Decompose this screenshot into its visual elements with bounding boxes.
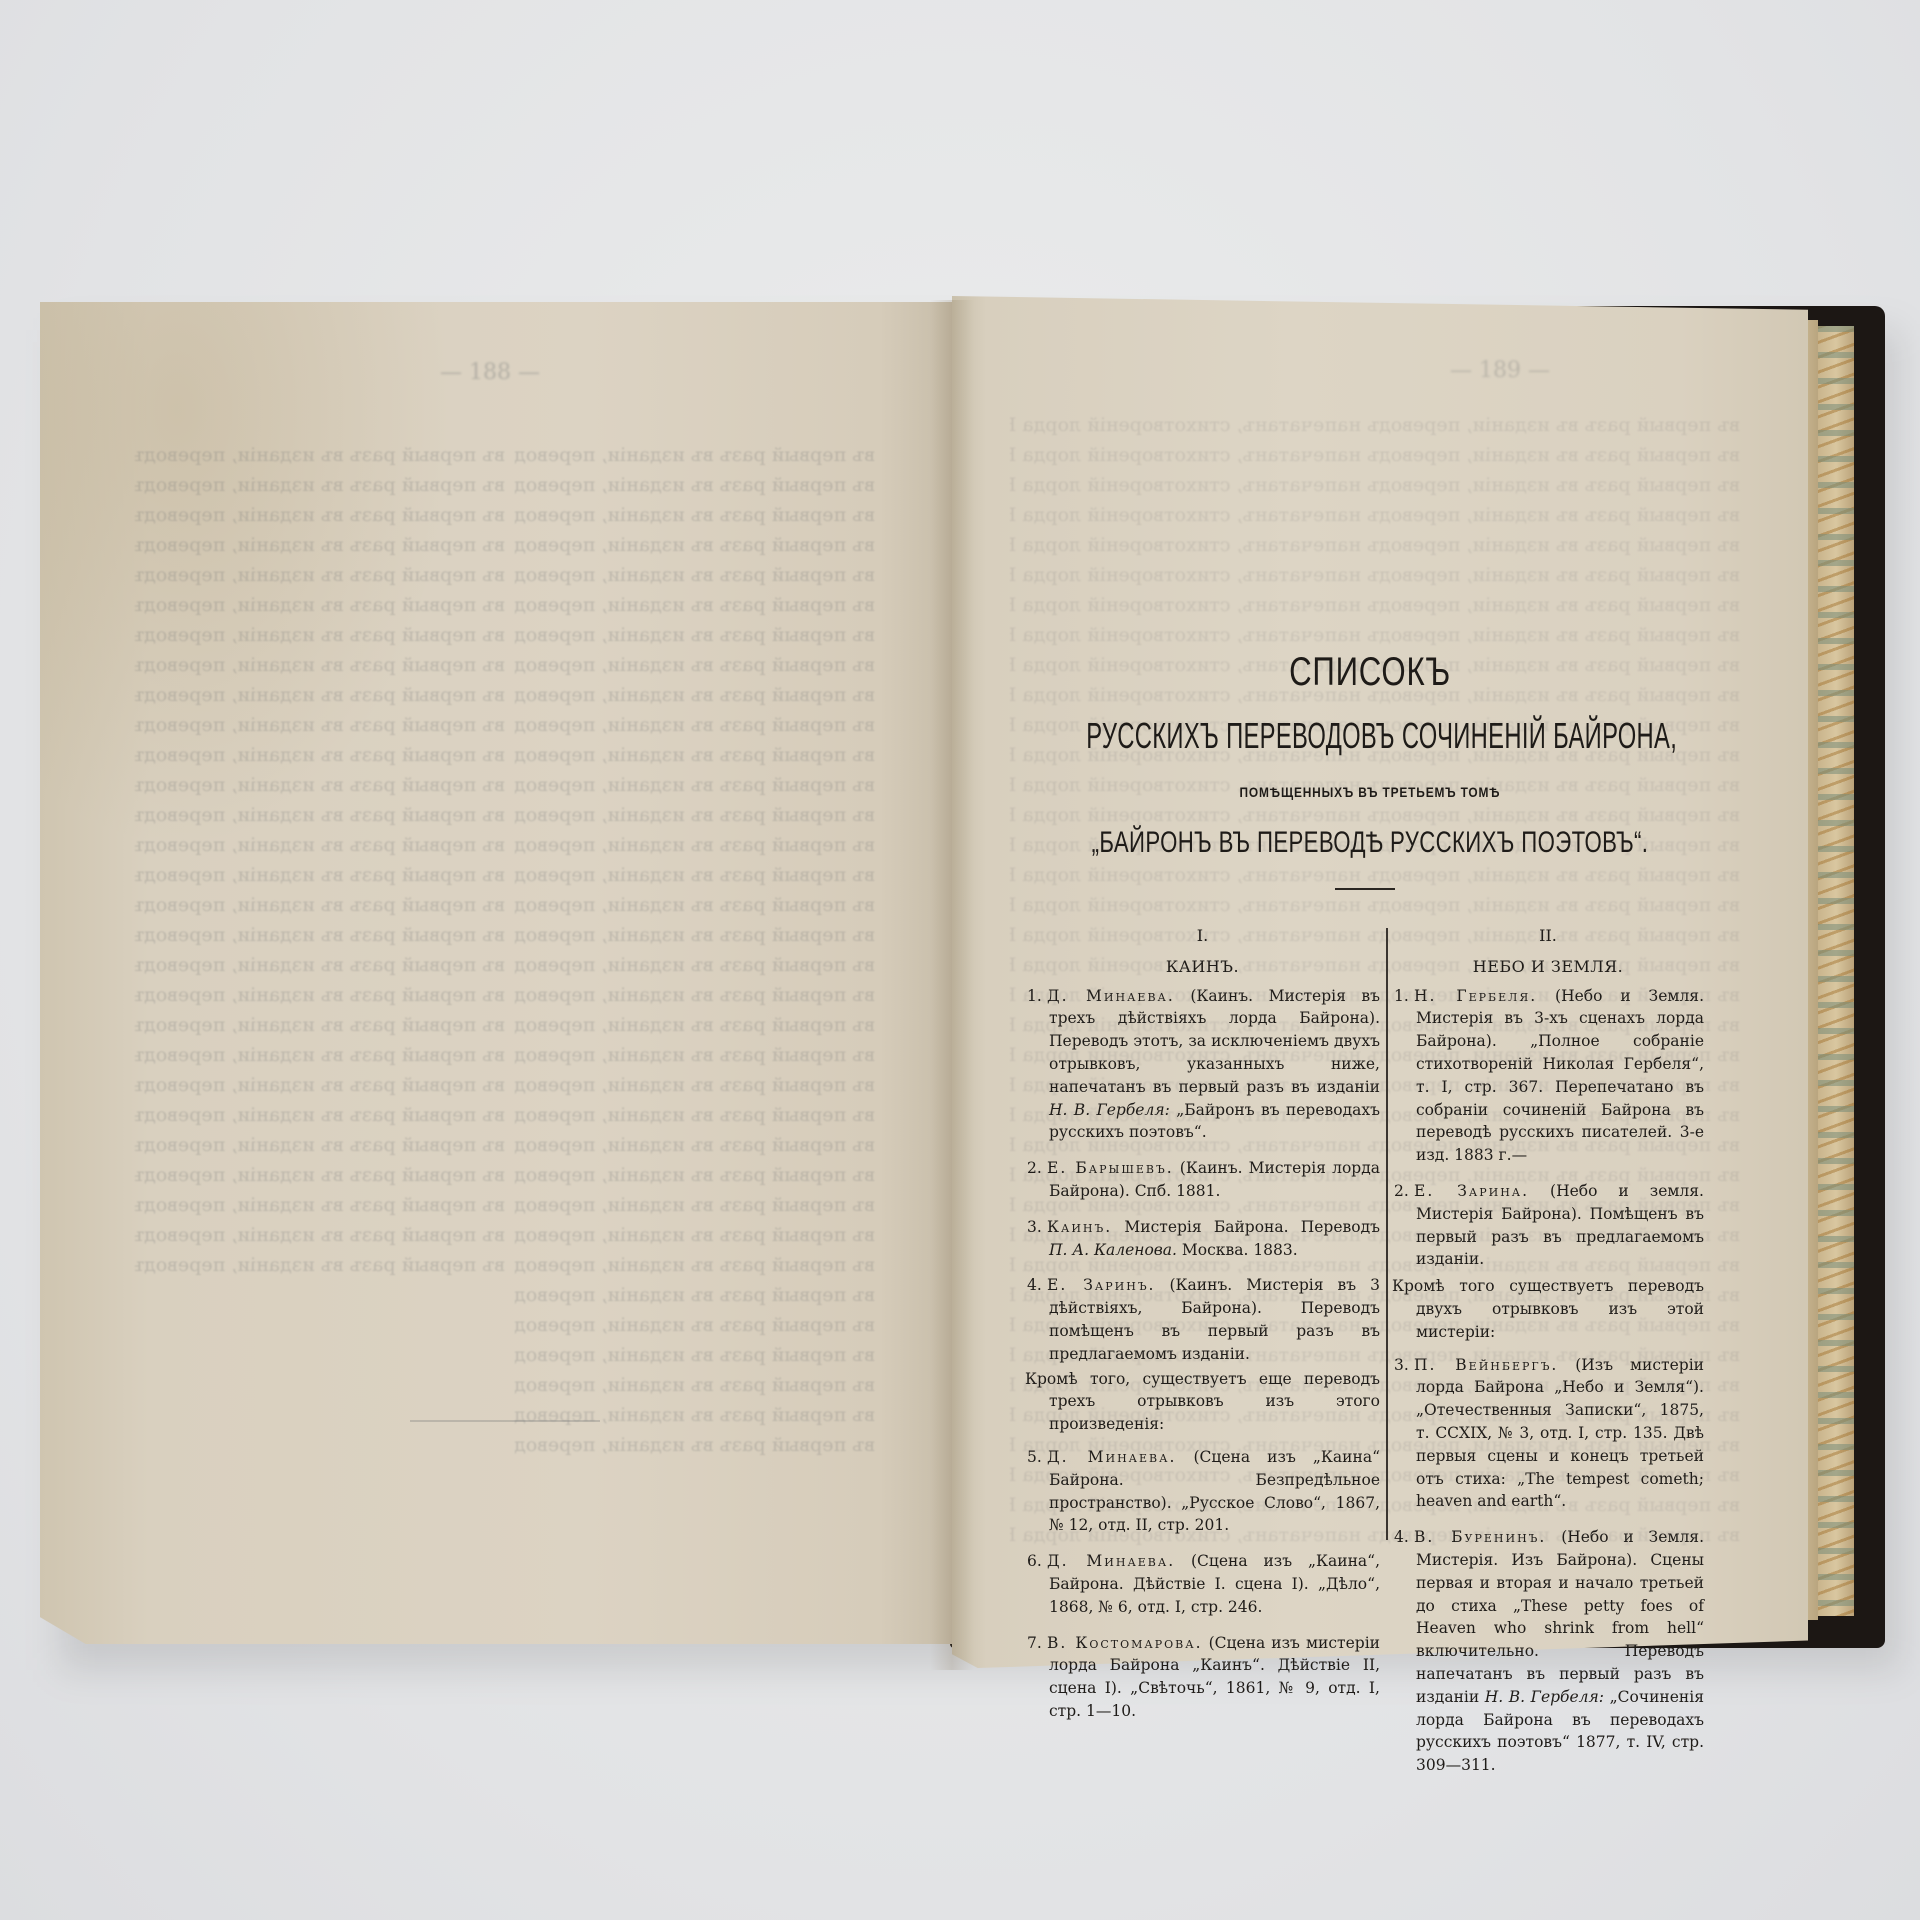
author-name: В. Буренинъ. [1414,1528,1546,1546]
marbled-endpaper [1818,326,1854,1616]
list-item: 1.Н. Гербеля. (Небо и Земля. Мистерія въ… [1392,985,1704,1167]
section-heaven-and-earth: II. НЕБО И ЗЕМЛЯ. 1.Н. Гербеля. (Небо и … [1392,925,1704,1790]
title-divider-rule [1335,888,1395,890]
left-page-bleed-through-column-2: въ первый разъ въ изданіи, переводъ напе… [515,440,875,1460]
section-number: I. [1025,925,1380,948]
page-title: СПИСОКЪ [1089,650,1651,695]
list-item: 3.П. Вейнбергъ. (Изъ мистеріи лорда Байр… [1392,1354,1704,1514]
page-subtitle: РУССКИХЪ ПЕРЕВОДОВЪ СОЧИНЕНІЙ БАЙРОНА, [1086,715,1654,757]
list-item: 5.Д. Минаева. (Сцена изъ „Каина“ Байрона… [1025,1446,1380,1537]
list-item: 3.Каинъ. Мистерія Байрона. Переводъ П. А… [1025,1216,1380,1262]
left-page-bleed-through-column-1: въ первый разъ въ изданіи, переводъ напе… [135,440,505,1300]
author-name: Е. Барышевъ. [1047,1159,1174,1177]
section-cain: I. КАИНЪ. 1.Д. Минаева. (Каинъ. Мистерія… [1025,925,1380,1736]
author-name: П. Вейнбергъ. [1414,1356,1558,1374]
author-name: Е. Зарина. [1414,1182,1529,1200]
author-name: В. Костомарова. [1047,1634,1203,1652]
author-name: Каинъ. [1047,1218,1112,1236]
column-divider [1386,928,1388,1540]
author-name: Н. Гербеля. [1414,987,1537,1005]
list-item: 1.Д. Минаева. (Каинъ. Мистерія въ трехъ … [1025,985,1380,1145]
section-note: Кромѣ того существуетъ переводъ двухъ от… [1392,1275,1704,1343]
section-title: КАИНЪ. [1025,956,1380,979]
author-name: Д. Минаева. [1047,1552,1175,1570]
list-item: 4.Е. Заринъ. (Каинъ. Мистерія въ 3 дѣйст… [1025,1274,1380,1365]
list-item: 2.Е. Барышевъ. (Каинъ. Мистерія лорда Ба… [1025,1157,1380,1203]
list-item: 2.Е. Зарина. (Небо и земля. Мистерія Бай… [1392,1180,1704,1271]
author-name: Д. Минаева. [1047,1448,1176,1466]
list-item: 6.Д. Минаева. (Сцена изъ „Каина“, Байрон… [1025,1550,1380,1618]
list-item: 4.В. Буренинъ. (Небо и Земля. Мистерія. … [1392,1526,1704,1777]
left-page-ghost-page-number: — 188 — [440,360,540,385]
left-page-ghost-rule [410,1420,600,1422]
section-title: НЕБО И ЗЕМЛЯ. [1392,956,1704,979]
book-spine-gutter [930,300,974,1670]
page-quoted-title: „БАЙРОНЪ ВЪ ПЕРЕВОДѢ РУССКИХЪ ПОЭТОВЪ“. [1067,826,1674,860]
right-page-ghost-page-number: — 189 — [1450,358,1550,383]
author-name: Д. Минаева. [1047,987,1175,1005]
page-small-caption: ПОМѢЩЕННЫХЪ ВЪ ТРЕТЬЕМЪ ТОМѢ [1064,784,1676,800]
list-item: 7.В. Костомарова. (Сцена изъ мистеріи ло… [1025,1632,1380,1723]
section-note: Кромѣ того, существуетъ еще переводъ тре… [1025,1368,1380,1436]
section-number: II. [1392,925,1704,948]
author-name: Е. Заринъ. [1047,1276,1155,1294]
